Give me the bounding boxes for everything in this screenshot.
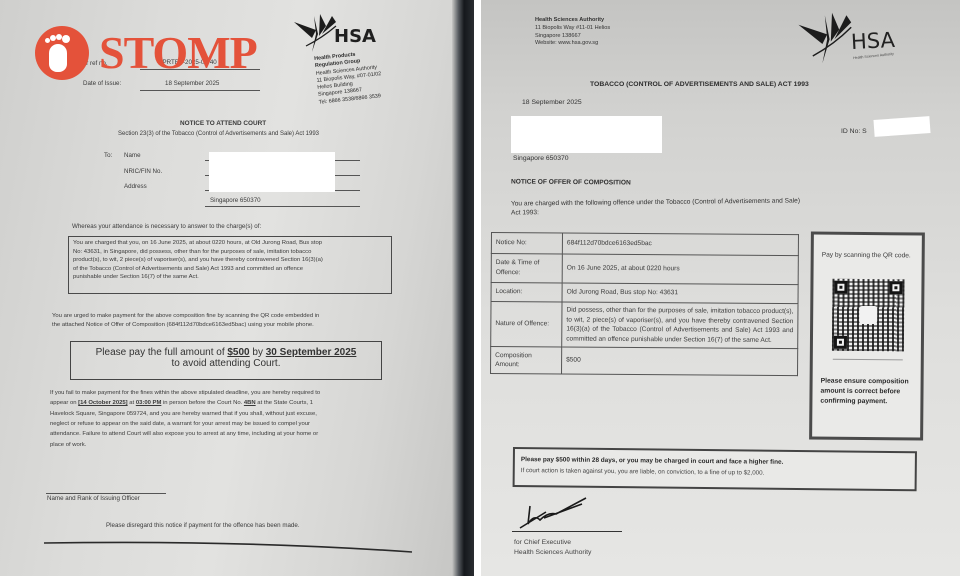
table-label: Composition Amount: <box>491 347 562 374</box>
pay-mid: by <box>250 347 266 358</box>
text: appear on <box>50 400 78 406</box>
charge-line: punishable under Section 16(7) of the sa… <box>73 273 387 282</box>
failure-line: If you fail to make payment for the fine… <box>50 388 420 398</box>
officer-label: Name and Rank of Issuing Officer <box>47 495 140 504</box>
text: at <box>128 400 136 406</box>
warning-line-2: If court action is taken against you, yo… <box>521 467 765 477</box>
paynow-logo-icon <box>859 306 877 324</box>
charge-line: You are charged that you, on 16 June 202… <box>73 239 387 248</box>
table-label: Location: <box>491 283 562 302</box>
signatory-line: for Chief Executive <box>514 538 591 548</box>
charge-box: You are charged that you, on 16 June 202… <box>68 236 392 294</box>
pay-deadline-line: Please pay the full amount of $500 by 30… <box>71 347 381 358</box>
stomp-wordmark: STOMP <box>99 28 257 78</box>
address-city: Singapore 650370 <box>210 197 261 206</box>
hsa-logo-text: HSA <box>334 26 376 47</box>
to-label: To: <box>104 152 112 161</box>
court-date: [14 October 2025] <box>78 400 127 406</box>
payment-warning-box: Please pay $500 within 28 days, or you m… <box>513 447 917 491</box>
signature <box>516 494 596 534</box>
table-row: Date & Time of Offence: On 16 June 2025,… <box>491 254 798 285</box>
address-label: Address <box>124 183 147 192</box>
failure-paragraph: If you fail to make payment for the fine… <box>50 388 420 450</box>
name-label: Name <box>124 152 141 161</box>
pay-avoid-court: to avoid attending Court. <box>71 358 381 369</box>
hsa-logo-icon <box>796 8 856 68</box>
urge-text: You are urged to make payment for the ab… <box>52 312 319 329</box>
court-number: 4BN <box>244 400 256 406</box>
photo-divider <box>474 0 481 576</box>
offence-details-table: Notice No: 684f112d70bdce6163ed5bac Date… <box>490 232 799 376</box>
text: at the State Courts, 1 <box>256 400 313 406</box>
failure-line: neglect or refuse to appear on the said … <box>50 419 420 429</box>
table-label: Date & Time of Offence: <box>491 254 562 283</box>
issuer-line: Health Sciences Authority <box>535 17 610 25</box>
hsa-logo-text: HSA <box>850 28 895 54</box>
pay-deadline-box: Please pay the full amount of $500 by 30… <box>70 341 382 380</box>
table-value: Old Jurong Road, Bus stop No: 43631 <box>562 283 798 304</box>
notice-to-attend-court-photo: Our ref no. HPRTEB-2025-06-40 Date of Is… <box>0 0 458 576</box>
pay-deadline: 30 September 2025 <box>266 347 357 358</box>
qr-instruction: Pay by scanning the QR code. <box>822 251 914 261</box>
issuer-block: Health Products Regulation Group Health … <box>314 49 384 107</box>
court-time: 03:00 PM <box>136 400 162 406</box>
issuer-line: 11 Biopolis Way #11-01 Helios <box>535 25 610 33</box>
notice-subtitle: Section 23(3) of the Tobacco (Control of… <box>118 130 319 139</box>
issuer-block: Health Sciences Authority 11 Biopolis Wa… <box>535 17 610 48</box>
date-underline <box>140 90 260 91</box>
qr-warning: Please ensure composition amount is corr… <box>820 377 914 408</box>
nric-label: NRIC/FIN No. <box>124 168 162 177</box>
pay-prefix: Please pay the full amount of <box>96 347 228 358</box>
bottom-rule <box>40 538 420 554</box>
disregard-note: Please disregard this notice if payment … <box>106 522 300 531</box>
notice-date: 18 September 2025 <box>522 99 582 106</box>
composition-notice-title: NOTICE OF OFFER OF COMPOSITION <box>511 178 631 186</box>
charge-line: product(s), to wit, 2 piece(s) of vapori… <box>73 256 387 265</box>
address-line-2 <box>205 206 360 207</box>
qr-payment-panel: Pay by scanning the QR code. Please ensu… <box>809 232 925 441</box>
recipient-address: Singapore 650370 <box>513 155 569 162</box>
table-row: Nature of Offence: Did possess, other th… <box>491 302 798 349</box>
table-row: Notice No: 684f112d70bdce6163ed5bac <box>491 233 798 256</box>
signatory-line: Health Sciences Authority <box>514 548 591 558</box>
failure-line: place of work. <box>50 440 420 450</box>
table-value: $500 <box>562 347 798 376</box>
signatory-block: for Chief Executive Health Sciences Auth… <box>514 538 591 558</box>
issuer-line: Website: www.hsa.gov.sg <box>535 40 610 48</box>
photo-gap <box>452 0 474 576</box>
failure-line: Havelock Square, Singapore 059724, and y… <box>50 409 420 419</box>
table-value: 684f112d70bdce6163ed5bac <box>562 233 798 256</box>
redacted-id-number <box>873 116 930 137</box>
table-row: Location: Old Jurong Road, Bus stop No: … <box>491 283 798 304</box>
failure-line: attendance. Failure to attend Court will… <box>50 429 420 439</box>
charge-line: of the Tobacco (Control of Advertisement… <box>73 265 387 274</box>
issuer-line: Singapore 138667 <box>535 33 610 41</box>
warning-line-1: Please pay $500 within 28 days, or you m… <box>521 456 784 466</box>
qr-caption-line <box>833 359 903 361</box>
table-label: Notice No: <box>491 233 562 254</box>
officer-signature-line <box>46 493 166 494</box>
table-value: Did possess, other than for the purposes… <box>562 302 798 349</box>
notice-title: NOTICE TO ATTEND COURT <box>180 119 266 128</box>
pay-amount: $500 <box>227 347 249 358</box>
act-title: TOBACCO (CONTROL OF ADVERTISEMENTS AND S… <box>590 81 809 88</box>
table-row: Composition Amount: $500 <box>491 347 798 376</box>
qr-code[interactable] <box>832 279 905 352</box>
signature-line <box>512 531 622 532</box>
redacted-personal-details <box>209 152 335 192</box>
urge-line: the attached Notice of Offer of Composit… <box>52 321 319 330</box>
id-label: ID No: S <box>841 128 867 135</box>
intro-text: You are charged with the following offen… <box>511 197 800 218</box>
failure-line: appear on [14 October 2025] at 03:00 PM … <box>50 398 420 408</box>
whereas-text: Whereas your attendance is necessary to … <box>72 223 261 232</box>
stomp-logo: STOMP <box>35 26 265 82</box>
redacted-recipient <box>511 116 662 153</box>
text: in person before the Court No. <box>161 400 244 406</box>
table-value: On 16 June 2025, at about 0220 hours <box>562 254 798 285</box>
table-label: Nature of Offence: <box>491 302 562 348</box>
stomp-foot-icon <box>35 26 89 80</box>
charge-line: No: 43631, in Singapore, did possess, ot… <box>73 248 387 257</box>
urge-line: You are urged to make payment for the ab… <box>52 312 319 321</box>
